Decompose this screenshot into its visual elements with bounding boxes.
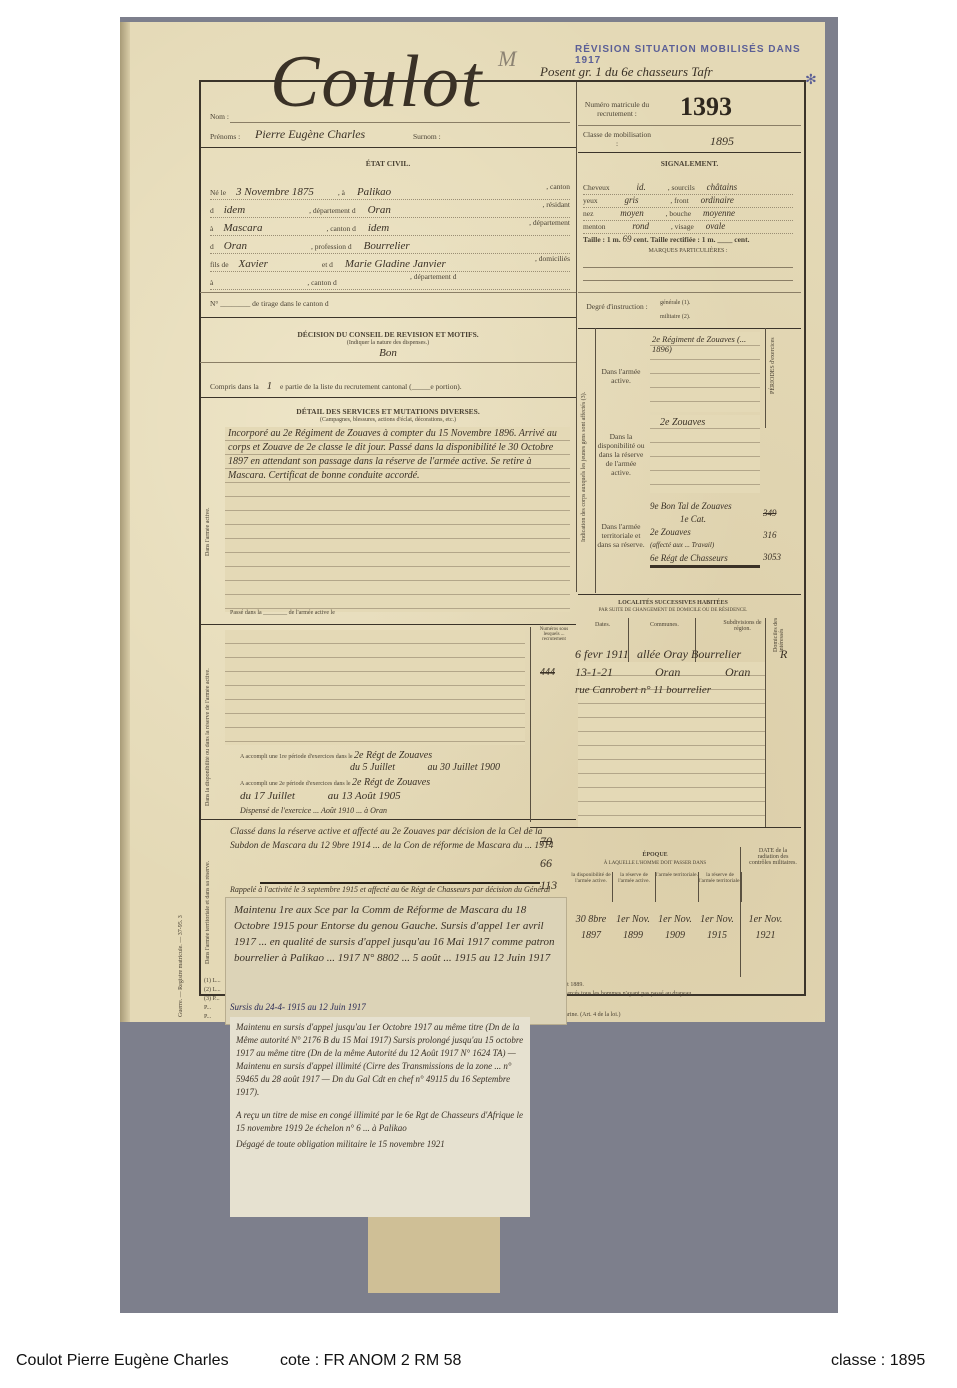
- etat-civil-lines: Né le 3 Novembre 1875 , à Palikao , cant…: [210, 182, 570, 290]
- conseil-value: Bon: [200, 347, 576, 359]
- side-label-reserve: Dans la disponibilité ou dans la réserve…: [205, 662, 211, 812]
- etat-civil-line: à Mascara , canton d idem , département: [210, 218, 570, 236]
- col-commune-label: Communes.: [650, 622, 679, 628]
- pasted-slip-2: Maintenu en sursis d'appel jusqu'au 1er …: [230, 1017, 530, 1217]
- ruled-area-reserve: [225, 630, 525, 745]
- footnotes-left: (1) L... (2) L... (3) P... P... P...: [204, 977, 221, 1022]
- periode1-dates: du 5 Juillet au 30 Juillet 1900: [350, 762, 500, 773]
- matricule-label: Numéro matricule du recrutement :: [582, 100, 652, 118]
- pencil-mark: M: [498, 46, 516, 72]
- passe-line: Passé dans la ________ de l'armée active…: [230, 610, 335, 616]
- degre-militaire: militaire (2).: [660, 314, 690, 320]
- numeros-label: Numéros sous lesquels ... recrutement: [532, 627, 576, 642]
- periode1-line: A accompli une 1re période d'exercices d…: [240, 750, 432, 761]
- affect-territoriale-values: 9e Bon Tal de Zouaves 1e Cat. 2e Zouaves…: [650, 500, 760, 568]
- matricule-number: 1393: [680, 92, 732, 122]
- tirage-line: N° ________ de tirage dans le canton d: [210, 299, 329, 308]
- taille-row: Taille : 1 m. 69 cent. Taille rectifiée …: [583, 234, 793, 246]
- services-subtitle: (Campagnes, blessures, actions d'éclat, …: [200, 417, 576, 423]
- epoque-columns: la disponibilité de l'armée active. la r…: [570, 872, 800, 902]
- etat-civil-title: ÉTAT CIVIL.: [200, 159, 576, 168]
- epoque-title: ÉPOQUE: [570, 852, 740, 858]
- periode3-line: Dispensé de l'exercice ... Août 1910 ...…: [240, 806, 387, 815]
- etat-civil-line: d Oran , profession d Bourrelier: [210, 236, 570, 254]
- side-label-territoriale: Dans l'armée territoriale et dans sa rés…: [205, 842, 211, 982]
- localites-subtitle: PAR SUITE DE CHANGEMENT DE DOMICILE OU D…: [578, 608, 768, 613]
- signalement-title: SIGNALEMENT.: [578, 159, 801, 168]
- etat-civil-line: d idem , département d Oran , résidant: [210, 200, 570, 218]
- date-radiation-label: DATE de la radiation des contrôles milit…: [748, 848, 798, 866]
- epoque-subtitle: À LAQUELLE L'HOMME DOIT PASSER DANS: [570, 861, 740, 866]
- scanned-document: Coulot M Posent gr. 1 du 6e chasseurs Ta…: [120, 17, 838, 1313]
- col-date-label: Dates.: [595, 622, 610, 628]
- etat-civil-line: Né le 3 Novembre 1875 , à Palikao , cant…: [210, 182, 570, 200]
- slip-2-text-3: Dégagé de toute obligation militaire le …: [230, 1135, 530, 1153]
- margin-numbers: 70 66 113: [540, 830, 557, 896]
- caption-classe: classe : 1895: [831, 1352, 925, 1370]
- etat-civil-line: à , canton d , département d: [210, 272, 570, 290]
- affect-active-value: 2e Régiment de Zouaves (... 1896): [652, 334, 757, 354]
- periodes-label: PÉRIODES d'exercices: [770, 334, 776, 394]
- col-subdivision-label: Subdivisions de région.: [720, 620, 765, 632]
- affect-active-label: Dans l'armée active.: [597, 367, 645, 385]
- prenoms-value: Pierre Eugène Charles: [255, 127, 365, 142]
- side-label-active: Dans l'armée active.: [205, 462, 211, 602]
- top-annotation: Posent gr. 1 du 6e chasseurs Tafr: [540, 64, 713, 80]
- signalement-row: nez moyen , bouche moyenne: [583, 208, 793, 221]
- epoque-values: 30 8bre 1897 1er Nov. 1899 1er Nov. 1909…: [570, 912, 800, 944]
- caption-cote: cote : FR ANOM 2 RM 58: [280, 1352, 461, 1370]
- periode2-line: A accompli une 2e période d'exercices da…: [240, 777, 430, 788]
- localites-title: LOCALITÉS SUCCESSIVES HABITÉES: [578, 600, 768, 606]
- affect-codes: 349 316 3053: [763, 502, 781, 568]
- classe-value: 1895: [710, 134, 734, 149]
- classe-label: Classe de mobilisation :: [582, 130, 652, 148]
- ink-mark-icon: ✻: [805, 72, 817, 89]
- etat-civil-line: fils de Xavier et d Marie Gladine Janvie…: [210, 254, 570, 272]
- marques-label: MARQUES PARTICULIÈRES :: [583, 248, 793, 254]
- numeros-value: 444: [540, 667, 555, 678]
- slip-1-text: Maintenu 1re aux Sce par la Comm de Réfo…: [226, 898, 566, 970]
- book-spine: [120, 22, 130, 1022]
- register-page: Coulot M Posent gr. 1 du 6e chasseurs Ta…: [120, 22, 825, 1022]
- localite-row: rue Canrobert n° 11 bourrelier: [575, 680, 805, 698]
- conseil-subtitle: (Indiquer la nature des dispenses.): [200, 340, 576, 346]
- signalement-row: menton rond , visage ovale: [583, 221, 793, 234]
- slip-2-text-2: A reçu un titre de mise en congé illimit…: [230, 1103, 530, 1135]
- periode2-dates: du 17 Juillet au 13 Août 1905: [240, 790, 401, 802]
- affectations-side-label: Indication des corps auxquels les jeunes…: [581, 342, 587, 592]
- prenoms-label: Prénoms :: [210, 132, 240, 141]
- compris-line: Compris dans la 1 e partie de la liste d…: [210, 380, 462, 392]
- caption-name: Coulot Pierre Eugène Charles: [16, 1352, 229, 1370]
- nom-label: Nom :: [210, 112, 229, 121]
- localite-row: 6 fevr 1911 allée Oray Bourrelier R: [575, 644, 805, 662]
- signalement-row: yeux gris , front ordinaire: [583, 195, 793, 208]
- slip-1-footer: Sursis du 24-4- 1915 au 12 Juin 1917: [230, 1002, 366, 1012]
- affect-reserve-label: Dans la disponibilité ou dans la réserve…: [597, 432, 645, 477]
- conseil-title: DÉCISION DU CONSEIL DE REVISION ET MOTIF…: [200, 330, 576, 339]
- slip-2-text: Maintenu en sursis d'appel jusqu'au 1er …: [230, 1017, 530, 1103]
- degre-label: Degré d'instruction :: [582, 302, 652, 311]
- service-entry-active: Incorporé au 2e Régiment de Zouaves à co…: [228, 427, 568, 483]
- surnom-label: Surnom :: [413, 132, 441, 141]
- margin-print: Guerre. — Registre matricule. — 37-95. 3: [178, 857, 184, 1017]
- localites-rows: 6 fevr 1911 allée Oray Bourrelier R 13-1…: [575, 644, 805, 698]
- signalement-rows: Cheveux id. , sourcils châtains yeux gri…: [583, 182, 793, 254]
- affect-reserve-value: 2e Zouaves: [660, 417, 705, 428]
- degre-generale: générale (1).: [660, 300, 690, 306]
- signalement-row: Cheveux id. , sourcils châtains: [583, 182, 793, 195]
- service-entry-territoriale-1: Classé dans la réserve active et affecté…: [230, 825, 560, 853]
- revision-stamp: RÉVISION SITUATION MOBILISÉS DANS 1917: [575, 44, 825, 66]
- affect-territoriale-label: Dans l'armée territoriale et dans sa rés…: [597, 522, 645, 549]
- localite-row: 13-1-21 Oran Oran: [575, 662, 805, 680]
- services-title: DÉTAIL DES SERVICES ET MUTATIONS DIVERSE…: [200, 407, 576, 416]
